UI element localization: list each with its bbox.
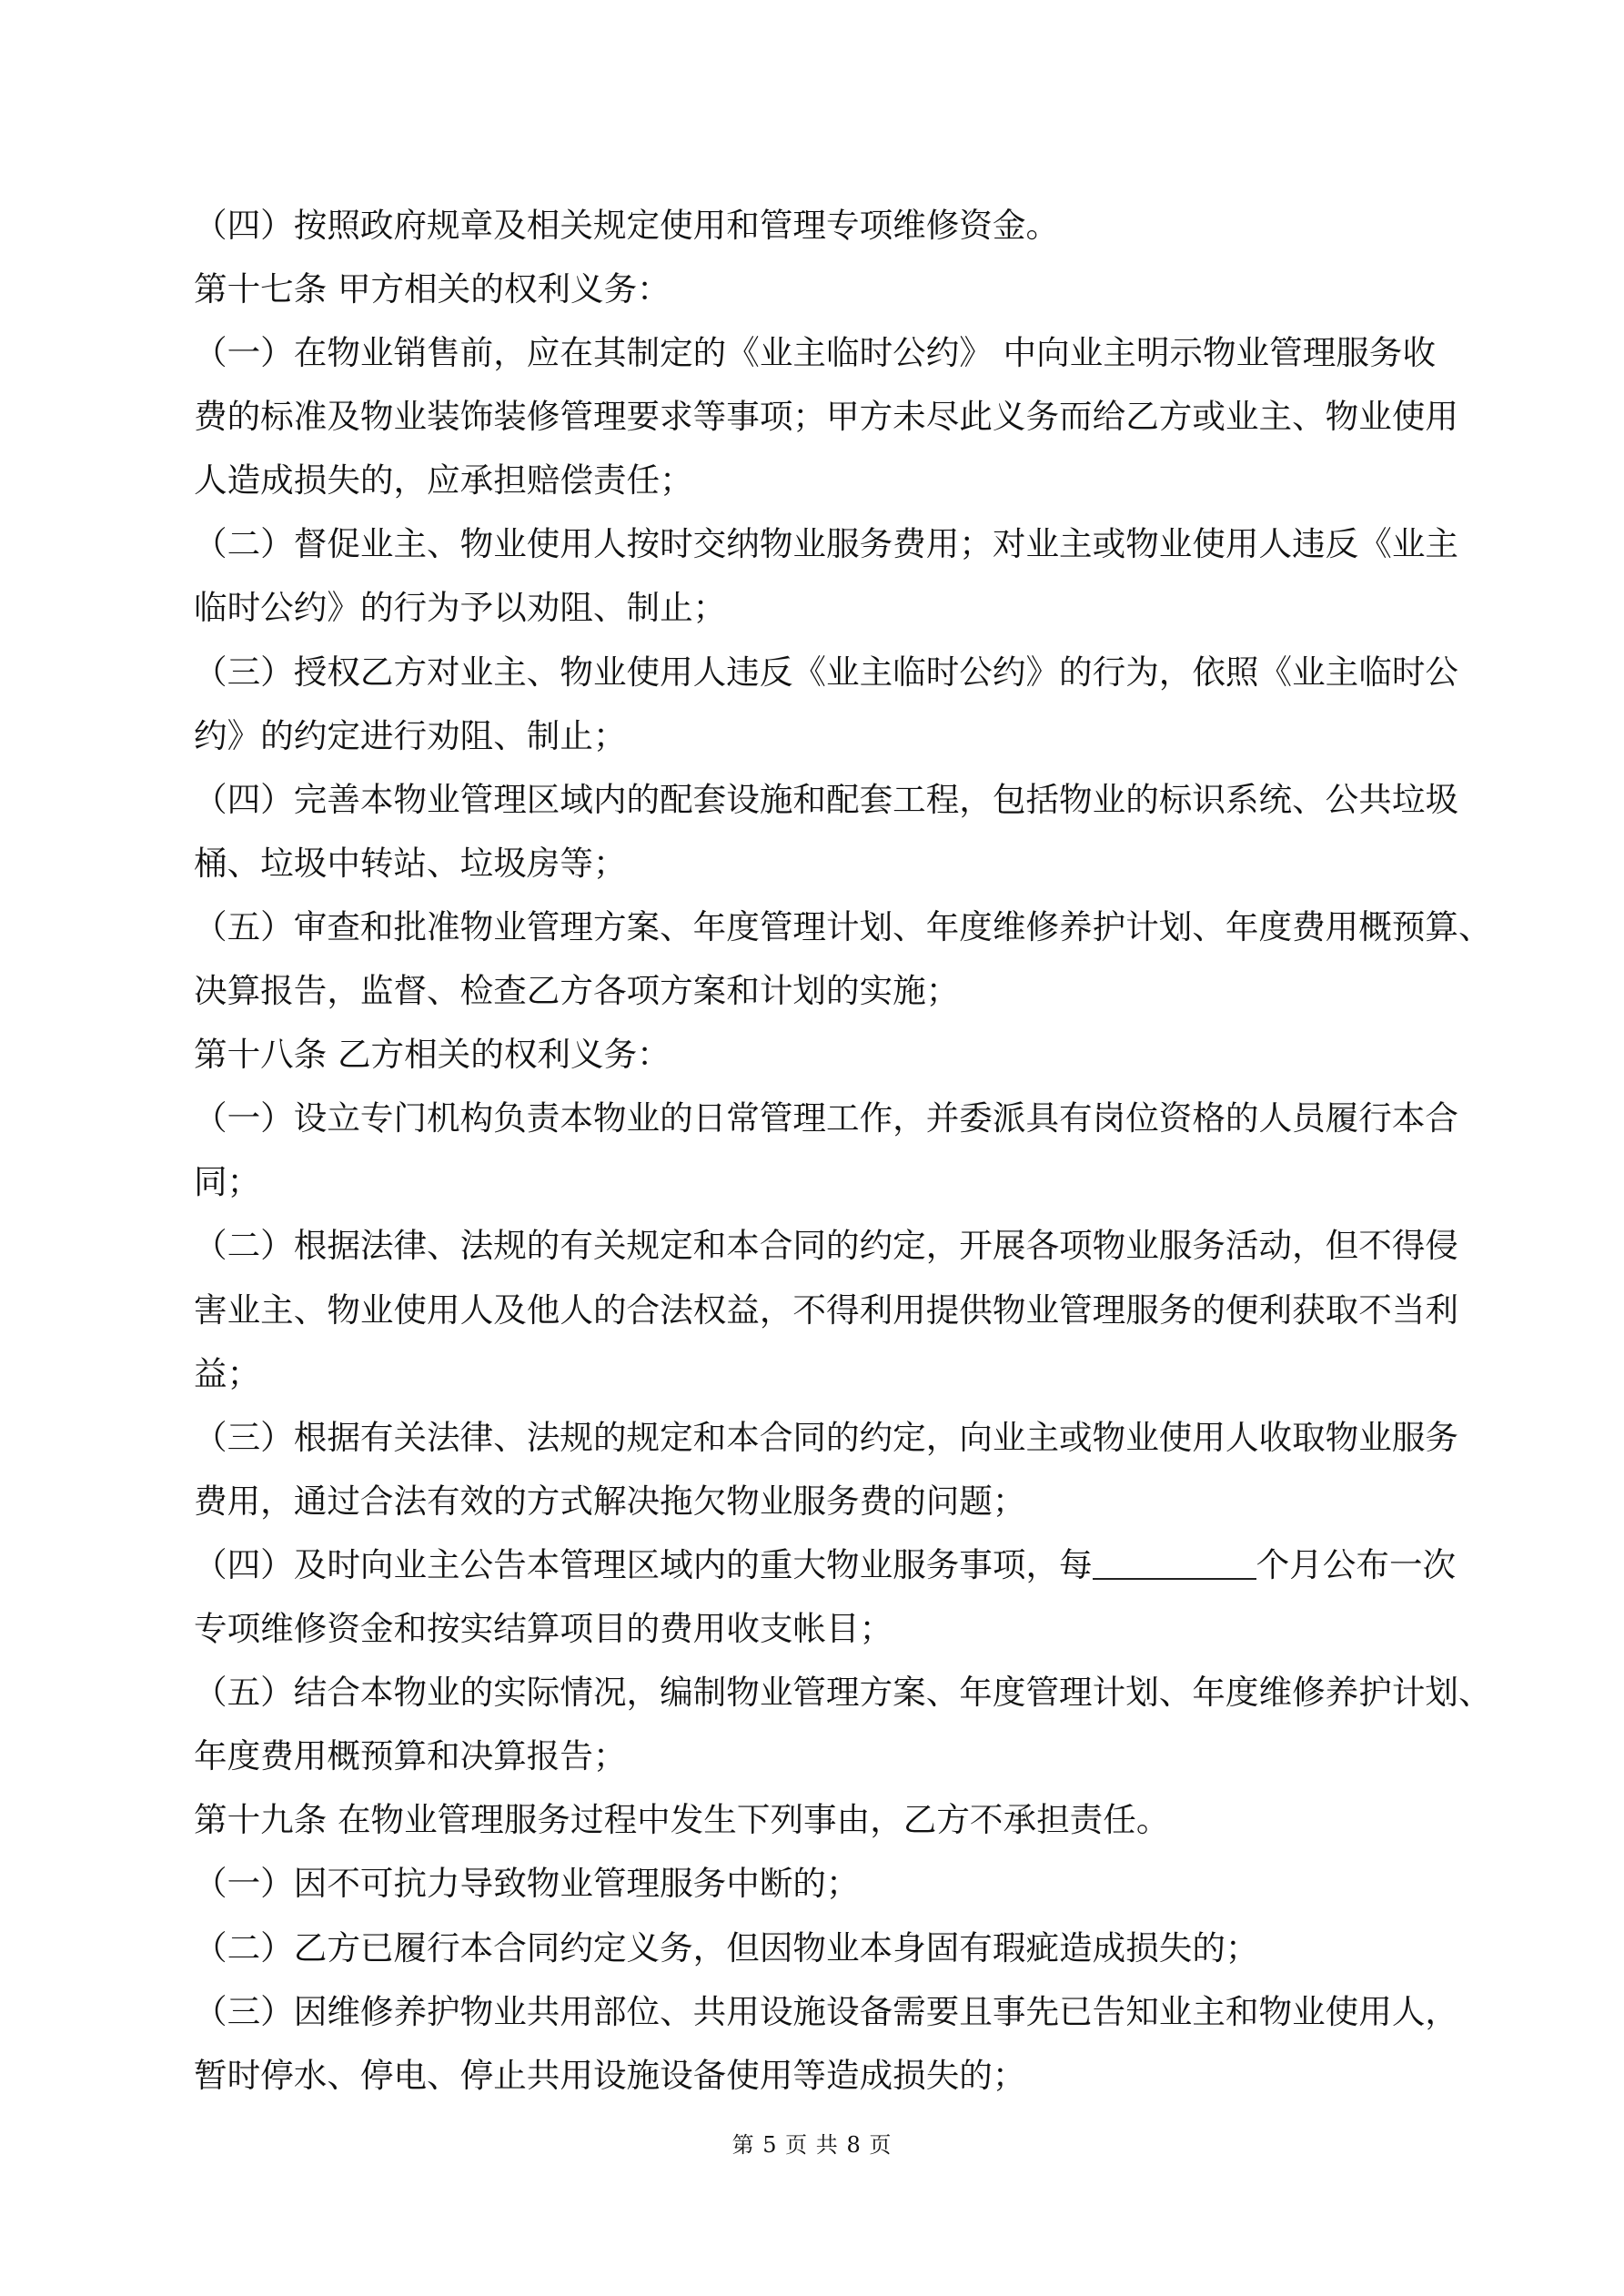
article-17-item-4-line-1: （四）完善本物业管理区域内的配套设施和配套工程，包括物业的标识系统、公共垃圾 — [194, 768, 1428, 832]
article-17-item-4-line-2: 桶、垃圾中转站、垃圾房等； — [194, 832, 1428, 895]
document-page: （四）按照政府规章及相关规定使用和管理专项维修资金。 第十七条 甲方相关的权利义… — [0, 0, 1624, 2296]
article-19-item-2: （二）乙方已履行本合同约定义务，但因物业本身固有瑕疵造成损失的； — [194, 1917, 1428, 1980]
article-17-item-2-line-2: 临时公约》的行为予以劝阻、制止； — [194, 576, 1428, 640]
article-19-item-1: （一）因不可抗力导致物业管理服务中断的； — [194, 1852, 1428, 1916]
clause-16-item-4: （四）按照政府规章及相关规定使用和管理专项维修资金。 — [194, 194, 1428, 258]
item-4-text-after-blank: 个月公布一次 — [1256, 1545, 1456, 1584]
article-17-item-1-line-2: 费的标准及物业装饰装修管理要求等事项；甲方未尽此义务而给乙方或业主、物业使用 — [194, 385, 1428, 449]
article-17-item-1-line-1: （一）在物业销售前，应在其制定的《业主临时公约》 中向业主明示物业管理服务收 — [194, 321, 1428, 385]
article-17-item-1-line-3: 人造成损失的，应承担赔偿责任； — [194, 449, 1428, 512]
article-19-heading: 第十九条 在物业管理服务过程中发生下列事由，乙方不承担责任。 — [194, 1788, 1428, 1852]
article-18-item-1-line-1: （一）设立专门机构负责本物业的日常管理工作，并委派具有岗位资格的人员履行本合 — [194, 1087, 1428, 1150]
article-18-item-2-line-3: 益； — [194, 1342, 1428, 1406]
article-17-item-2-line-1: （二）督促业主、物业使用人按时交纳物业服务费用；对业主或物业使用人违反《业主 — [194, 512, 1428, 576]
article-17-heading: 第十七条 甲方相关的权利义务： — [194, 258, 1428, 321]
article-19-item-3-line-1: （三）因维修养护物业共用部位、共用设施设备需要且事先已告知业主和物业使用人， — [194, 1980, 1428, 2044]
months-blank-field[interactable] — [1093, 1577, 1256, 1580]
article-17-item-3-line-2: 约》的约定进行劝阻、制止； — [194, 704, 1428, 768]
article-18-item-5-line-2: 年度费用概预算和决算报告； — [194, 1725, 1428, 1788]
article-18-item-2-line-1: （二）根据法律、法规的有关规定和本合同的约定，开展各项物业服务活动，但不得侵 — [194, 1214, 1428, 1278]
article-18-item-4-line-1: （四）及时向业主公告本管理区域内的重大物业服务事项，每个月公布一次 — [194, 1533, 1428, 1597]
article-18-item-2-line-2: 害业主、物业使用人及他人的合法权益，不得利用提供物业管理服务的便利获取不当利 — [194, 1279, 1428, 1342]
article-17-item-3-line-1: （三）授权乙方对业主、物业使用人违反《业主临时公约》的行为，依照《业主临时公 — [194, 641, 1428, 704]
article-19-item-3-line-2: 暂时停水、停电、停止共用设施设备使用等造成损失的； — [194, 2044, 1428, 2108]
page-number-footer: 第 5 页 共 8 页 — [0, 2129, 1624, 2160]
article-18-item-1-line-2: 同； — [194, 1150, 1428, 1214]
item-4-text-before-blank: （四）及时向业主公告本管理区域内的重大物业服务事项，每 — [194, 1545, 1093, 1584]
article-18-item-3-line-1: （三）根据有关法律、法规的规定和本合同的约定，向业主或物业使用人收取物业服务 — [194, 1406, 1428, 1470]
article-18-item-3-line-2: 费用，通过合法有效的方式解决拖欠物业服务费的问题； — [194, 1470, 1428, 1533]
article-17-item-5-line-1: （五）审查和批准物业管理方案、年度管理计划、年度维修养护计划、年度费用概预算、 — [194, 895, 1428, 959]
article-18-heading: 第十八条 乙方相关的权利义务： — [194, 1023, 1428, 1087]
article-18-item-5-line-1: （五）结合本物业的实际情况，编制物业管理方案、年度管理计划、年度维修养护计划、 — [194, 1661, 1428, 1725]
article-17-item-5-line-2: 决算报告，监督、检查乙方各项方案和计划的实施； — [194, 959, 1428, 1023]
article-18-item-4-line-2: 专项维修资金和按实结算项目的费用收支帐目； — [194, 1597, 1428, 1661]
